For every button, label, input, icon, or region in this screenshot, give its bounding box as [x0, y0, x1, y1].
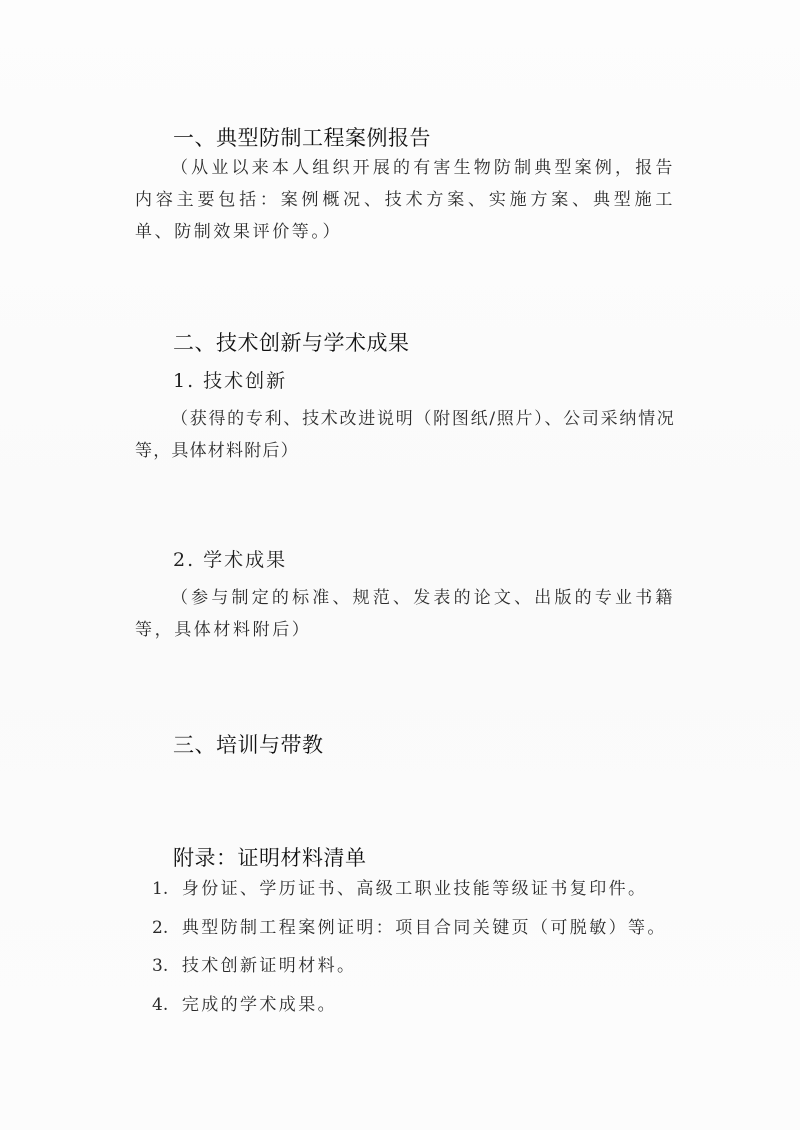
list-item-number: 1. [152, 876, 174, 902]
subsection-technical-innovation-title: 1. 技术创新 [173, 368, 287, 394]
list-item-text: 身份证、学历证书、高级工职业技能等级证书复印件。 [182, 879, 648, 899]
subsection-technical-innovation-description: （获得的专利、技术改进说明（附图纸/照片）、公司采纳情况等，具体材料附后） [135, 403, 675, 467]
section-2-heading: 二、技术创新与学术成果 [173, 330, 410, 356]
section-1-description: （从业以来本人组织开展的有害生物防制典型案例，报告内容主要包括：案例概况、技术方… [135, 152, 675, 248]
list-item-number: 2. [152, 915, 174, 941]
list-item-text: 技术创新证明材料。 [182, 956, 357, 976]
section-3-heading: 三、培训与带教 [173, 732, 324, 758]
list-item-number: 4. [152, 992, 174, 1018]
appendix-list-item: 1. 身份证、学历证书、高级工职业技能等级证书复印件。 [152, 876, 667, 915]
appendix-heading: 附录：证明材料清单 [173, 845, 367, 871]
subsection-academic-achievements-title: 2. 学术成果 [173, 547, 287, 573]
appendix-list-item: 4. 完成的学术成果。 [152, 992, 667, 1031]
list-item-number: 3. [152, 953, 174, 979]
list-item-text: 完成的学术成果。 [182, 995, 337, 1015]
appendix-list-item: 2. 典型防制工程案例证明：项目合同关键页（可脱敏）等。 [152, 915, 667, 954]
appendix-list-item: 3. 技术创新证明材料。 [152, 953, 667, 992]
subsection-academic-achievements-description: （参与制定的标准、规范、发表的论文、出版的专业书籍等，具体材料附后） [135, 582, 675, 646]
list-item-text: 典型防制工程案例证明：项目合同关键页（可脱敏）等。 [182, 918, 667, 938]
appendix-list: 1. 身份证、学历证书、高级工职业技能等级证书复印件。 2. 典型防制工程案例证… [152, 876, 667, 1030]
document-page: 一、典型防制工程案例报告 （从业以来本人组织开展的有害生物防制典型案例，报告内容… [0, 0, 800, 1130]
section-1-heading: 一、典型防制工程案例报告 [173, 125, 431, 151]
